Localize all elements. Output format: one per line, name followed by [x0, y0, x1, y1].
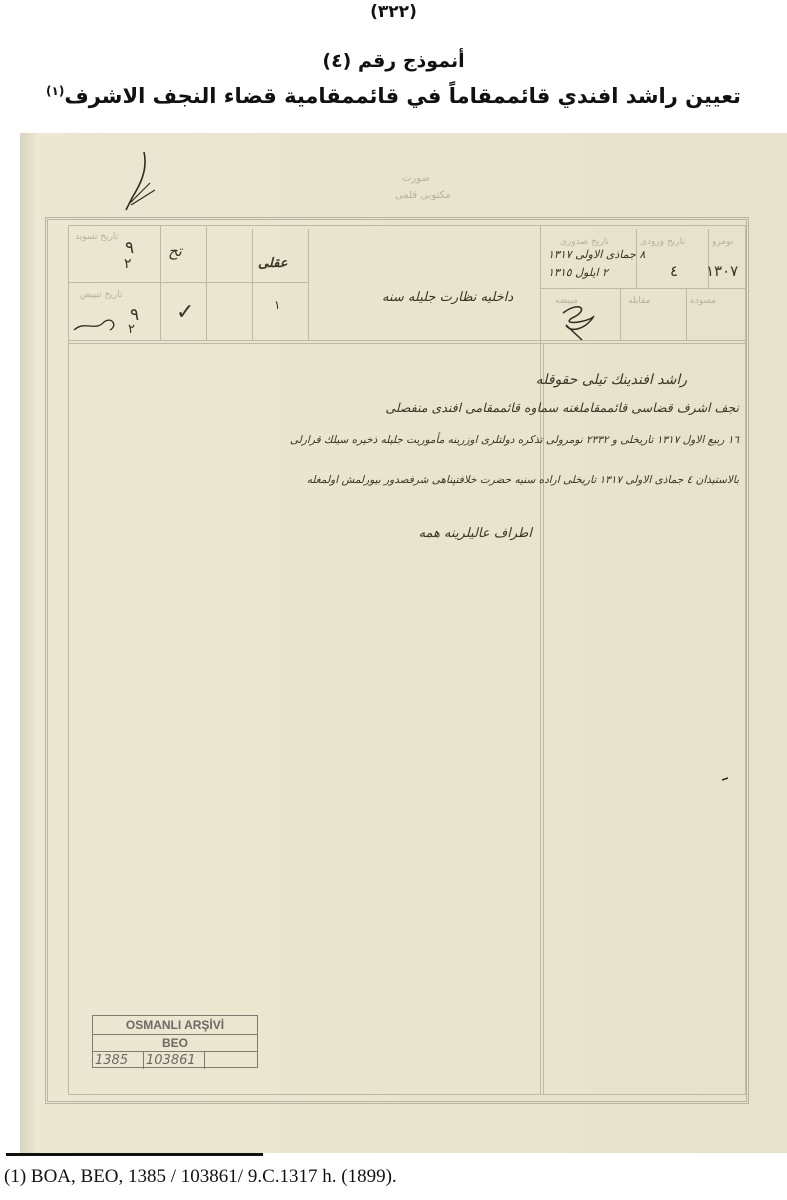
body-line-1: راشد افندينك تيلى حقوقله [536, 372, 687, 388]
stamp-empty-cell [205, 1052, 257, 1069]
signature-icon [563, 307, 594, 340]
body-line-5: اطراف عاليلرينه همه [419, 526, 532, 541]
stamp-fund: BEO [93, 1035, 257, 1052]
footnote-rule [6, 1153, 263, 1156]
body-line-4: بالاستيذان ٤ جماذی الاولی ١٣١٧ تاريخلى ا… [307, 474, 739, 486]
stamp-archive-name: OSMANLI ARŞİVİ [93, 1016, 257, 1035]
stamp-file-number: 103861 [144, 1052, 205, 1069]
footnote-citation: (1) BOA, BEO, 1385 / 103861/ 9.C.1317 h.… [4, 1166, 397, 1188]
stamp-box-number: 1385 [93, 1052, 144, 1069]
body-line-2: نجف اشرف قضاسى قائممقاملغنه سماوه قائممق… [385, 400, 739, 415]
body-line-3: ١٦ ربيع الاول ١٣١٧ تاريخلى و ٢٣٣٢ نومرول… [290, 434, 739, 446]
archive-stamp: OSMANLI ARŞİVİ BEO 1385 103861 [92, 1015, 258, 1068]
initial-stroke-icon [126, 152, 145, 210]
